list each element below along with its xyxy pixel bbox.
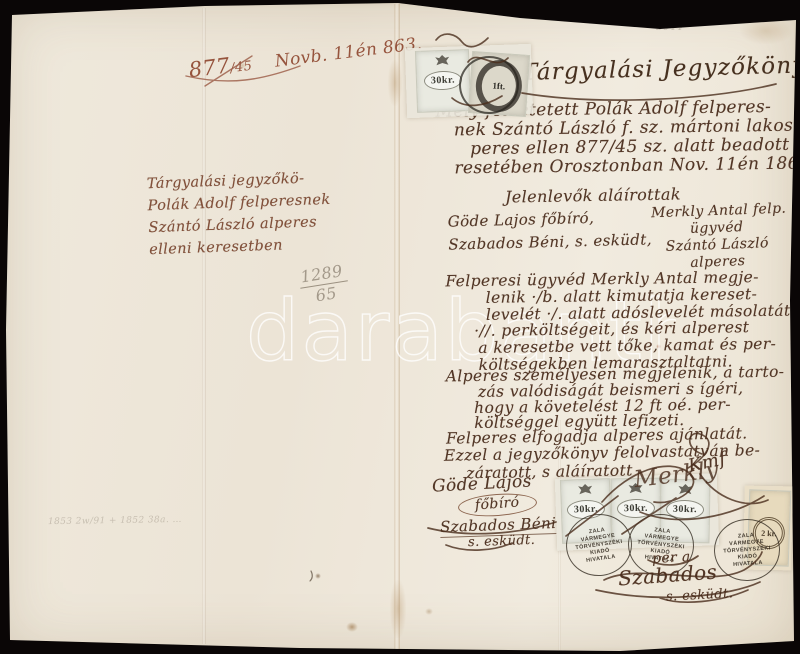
double-eagle-crest-icon — [416, 53, 469, 71]
present-right-column: Merkly Antal felp. ügyvéd Szántó László … — [651, 201, 783, 273]
bottom-pencil-note: 1853 2w/91 + 1852 38a. … — [48, 515, 182, 527]
document-paper: darabanth 877/45 Novb. 11én 863. 3044 Tá… — [0, 0, 800, 654]
stain-spot — [425, 608, 433, 615]
signature-juror-name: Szabados Béni — [440, 514, 557, 536]
signature-judge-name: Göde Lajos — [432, 471, 533, 496]
fold-crease-left — [202, 8, 206, 644]
signature-juror-title: s. esküdt. — [468, 533, 536, 550]
document-title: Tárgyalási Jegyzőkönyv — [522, 52, 800, 86]
registry-case-note: 877/45 Novb. 11én 863. — [187, 30, 423, 82]
photo-background: darabanth 877/45 Novb. 11én 863. 3044 Tá… — [0, 0, 800, 654]
present-left-column: Göde Lajos főbíró, Szabados Béni, s. esk… — [447, 205, 652, 256]
stain-spot — [346, 622, 358, 632]
signature-clerk-name: Szabados — [617, 560, 718, 591]
crease-stain — [388, 60, 402, 106]
fold-crease-center — [394, 4, 400, 650]
case-subnumber: 45 — [234, 59, 253, 76]
body-paragraph-2: Alperes személyesen megjelenik, a tarto-… — [446, 365, 786, 433]
body-paragraph-1: Felperesi ügyvéd Merkly Antal megje- len… — [445, 269, 791, 375]
corner-stain — [740, 18, 792, 44]
small-ink-mark — [310, 571, 312, 581]
corner-pencil-note: 3044 — [656, 22, 683, 33]
stamp-value-label: 30kr. — [424, 70, 463, 90]
crease-stain — [390, 580, 406, 638]
pencil-fraction: 1289 65 — [297, 260, 351, 307]
cancel-text-line: HIVATALA — [733, 559, 763, 568]
signature-clerk-title: s. esküdt. — [666, 586, 734, 604]
case-date: Novb. 11én 863. — [274, 34, 424, 72]
double-eagle-crest-icon — [561, 482, 610, 500]
margin-summary: Tárgyalási jegyzőkö- Polák Adolf felpere… — [147, 167, 333, 261]
case-number: 877 — [187, 53, 231, 82]
stain-spot — [315, 573, 321, 579]
present-person: Szabados Béni, s. esküdt, — [448, 228, 652, 256]
signature-judge-title: főbíró — [458, 494, 537, 516]
intro-line: resetében Orosztonban Nov. 11én 1863. — [454, 154, 800, 178]
present-heading: Jelenlevők aláírottak — [505, 184, 681, 206]
